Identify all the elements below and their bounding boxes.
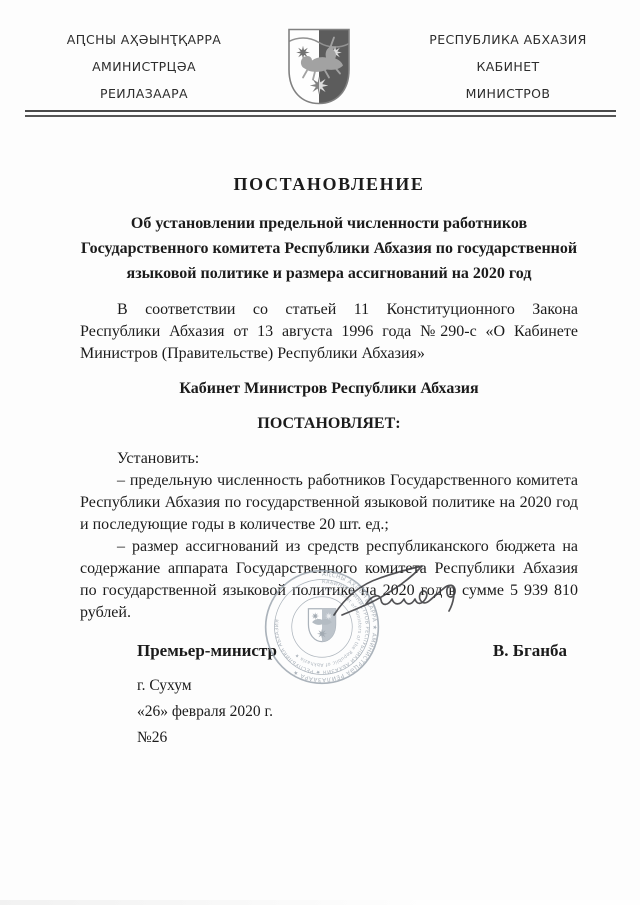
signatory-post: Премьер-министр xyxy=(137,640,277,662)
subtitle-line: языковой политике и размера ассигнований… xyxy=(80,262,578,285)
abkhazia-coat-of-arms-icon xyxy=(287,27,351,106)
document-subtitle: Об установлении предельной численности р… xyxy=(80,212,578,285)
subtitle-line: Об установлении предельной численности р… xyxy=(80,212,578,235)
resolve-intro: Установить: xyxy=(80,448,578,470)
scan-artifact xyxy=(0,900,640,905)
document-page: АԤСНЫ АҲӘЫНҬҚАРРА АМИНИСТРЦӘА РЕИЛАЗААРА xyxy=(0,0,640,905)
letterhead-left-line3: РЕИЛАЗААРА xyxy=(28,80,260,107)
preamble-paragraph: В соответствии со статьей 11 Конституцио… xyxy=(80,299,578,365)
signature-number: №26 xyxy=(137,727,578,749)
letterhead-right-line1: РЕСПУБЛИКА АБХАЗИЯ xyxy=(392,26,624,53)
letterhead-left-line2: АМИНИСТРЦӘА xyxy=(28,53,260,80)
letterhead-right-line3: МИНИСТРОВ xyxy=(392,80,624,107)
letterhead-right: РЕСПУБЛИКА АБХАЗИЯ КАБИНЕТ МИНИСТРОВ xyxy=(392,26,624,107)
letterhead-right-line2: КАБИНЕТ xyxy=(392,53,624,80)
resolve-item: – предельную численность работников Госу… xyxy=(80,470,578,536)
letterhead-left-line1: АԤСНЫ АҲӘЫНҬҚАРРА xyxy=(28,26,260,53)
subtitle-line: Государственного комитета Республики Абх… xyxy=(80,237,578,260)
signatory-name: В. Бганба xyxy=(493,640,567,662)
signature-scrawl xyxy=(315,558,465,624)
authority-line: Кабинет Министров Республики Абхазия xyxy=(80,378,578,400)
letterhead-left: АԤСНЫ АҲӘЫНҬҚАРРА АМИНИСТРЦӘА РЕИЛАЗААРА xyxy=(28,26,260,107)
decree-word: ПОСТАНОВЛЯЕТ: xyxy=(80,413,578,435)
signature-date: «26» февраля 2020 г. xyxy=(137,701,578,723)
document-title: ПОСТАНОВЛЕНИЕ xyxy=(80,174,578,195)
letterhead-divider xyxy=(25,110,616,117)
